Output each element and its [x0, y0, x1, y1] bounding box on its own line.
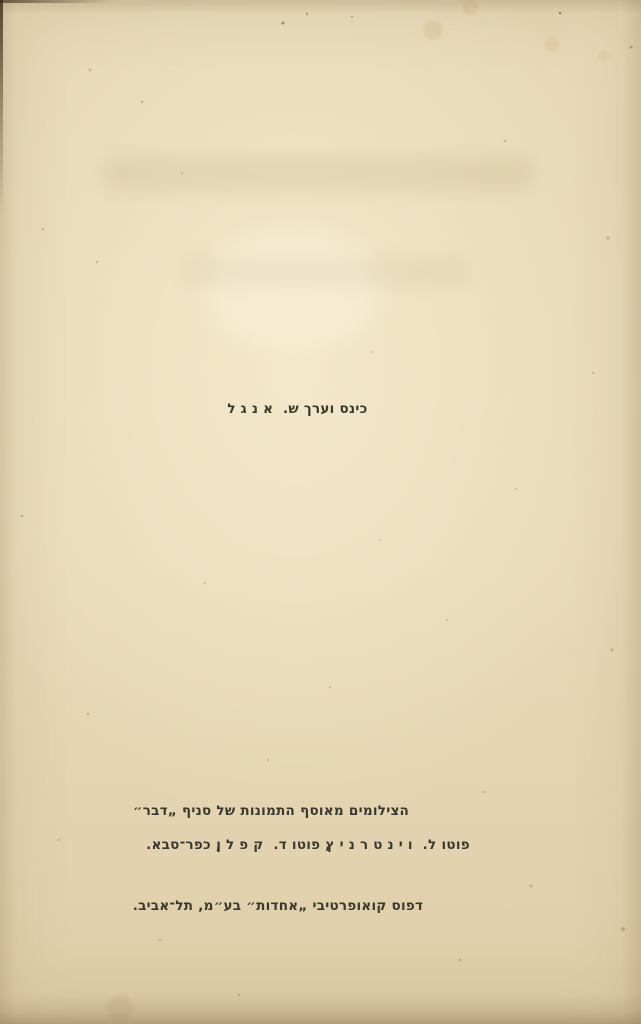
photo-source-line: הצילומים מאוסף התמונות של סניף „דבר״	[133, 803, 409, 819]
printer-line: דפוס קואופרטיבי „אחדות״ בע״מ, תל־אביב.	[133, 898, 424, 914]
photo-credit-1-name: וינטרניץ	[326, 837, 418, 853]
photo-credit-1-prefix: פוטו ל.	[423, 837, 470, 853]
editor-credit-prefix: כינס וערך ש.	[283, 401, 367, 417]
scan-edge-top-shadow	[0, 0, 110, 3]
photo-credit-2-prefix: פוטו ד.	[273, 837, 320, 853]
photo-credit-location: כפר־סבא.	[146, 837, 211, 853]
scan-edge-left-shadow	[0, 0, 3, 215]
photographers-credit-line: פוטו ל. וינטרניץ, פוטו ד. קפלן, כפר־סבא.	[146, 837, 470, 853]
foxing-speckles	[0, 0, 641, 1024]
editor-name: אנגל	[227, 401, 278, 417]
scanned-book-page: כינס וערך ש. אנגל הצילומים מאוסף התמונות…	[0, 0, 641, 1024]
editor-credit-line: כינס וערך ש. אנגל	[232, 401, 367, 417]
photo-credit-2-name: קפלן	[216, 837, 268, 853]
